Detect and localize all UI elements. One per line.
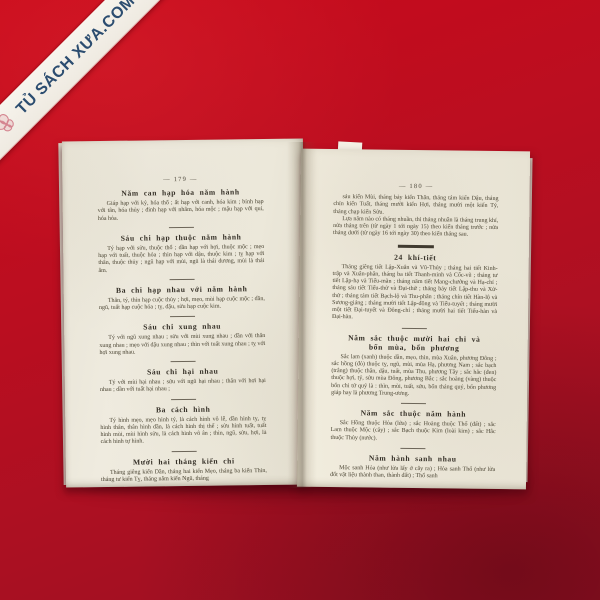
section-body: Tý với mùi hại nhau ; sửu với ngũ hại nh… [100,378,266,395]
section-heading: Năm can hạp hóa năm hành [97,187,263,198]
section-divider [171,450,196,451]
section-heading: Sáu chi hạp thuộc năm hành [98,232,264,243]
section-heading: Sáu chi hại nhau [100,366,266,377]
book-photo-scene: — 179 — Năm can hạp hóa năm hành Giáp hạ… [0,0,600,600]
section-divider [402,327,427,328]
butterfly-icon [0,110,23,139]
section-body: Mộc sanh Hỏa (như lửa lấy ở cây ra) ; Hỏ… [330,465,495,482]
section-body: Tý hạp với sửu, thuộc thổ ; dần hạp với … [98,244,264,275]
page-number: — 179 — [97,175,263,184]
section-body: Tháng giêng tiết Lập-Xuân và Vũ-Thủy ; t… [332,264,498,324]
intro-paragraph: sáu kiến Mùi, tháng bảy kiến Thân, tháng… [333,194,498,218]
section-heading: Ba chi hạp nhau với năm hành [99,284,265,295]
section-divider [170,361,195,362]
section-heading: Năm sắc thuộc năm hành [331,408,496,419]
section-heading: Năm sắc thuộc mười hai chi và bốn mùa, b… [332,333,497,353]
brand-ribbon-text: TỦ SÁCH XƯA.COM [13,0,139,119]
section-divider [401,403,426,404]
section-divider-heavy [397,244,433,247]
section-heading: Năm hành sanh nhau [330,453,495,464]
section-divider [400,448,425,449]
section-divider [170,316,195,317]
intro-paragraph: Lựa năm nào có tháng nhuần, thì tháng nh… [333,216,498,240]
section-body: Tháng giêng kiến Dần, tháng hai kiến Mẹo… [101,468,267,485]
section-heading: Sáu chi xung nhau [99,321,265,332]
section-body: Sắc Hồng thuộc Hỏa (lửa) ; sắc Hoàng thu… [330,420,495,444]
section-body: Giáp hạp với kỷ, hóa thổ ; ất hạp với ca… [98,199,264,223]
section-heading: Mười hai tháng kiến chi [101,456,267,467]
section-divider [169,279,194,280]
book-left-page: — 179 — Năm can hạp hóa năm hành Giáp hạ… [62,139,307,488]
book-right-page: — 180 — sáu kiến Mùi, tháng bảy kiến Thâ… [297,149,530,490]
section-divider [168,227,193,228]
section-heading: 24 khí-tiết [333,252,498,263]
section-body: Tý với ngũ xung nhau ; sửu với mùi xung … [99,333,265,357]
section-body: Tý hình mẹo, mẹo hình tý, là cách hình v… [100,416,266,447]
section-heading: Ba cách hình [100,404,266,415]
section-divider [171,398,196,399]
page-number: — 180 — [334,182,499,191]
section-body: Thân, tý, thìn hạp cuộc thủy ; hợi, mẹo,… [99,296,265,313]
section-body: Sắc lam (xanh) thuộc dần, mẹo, thìn, mùa… [331,354,497,400]
